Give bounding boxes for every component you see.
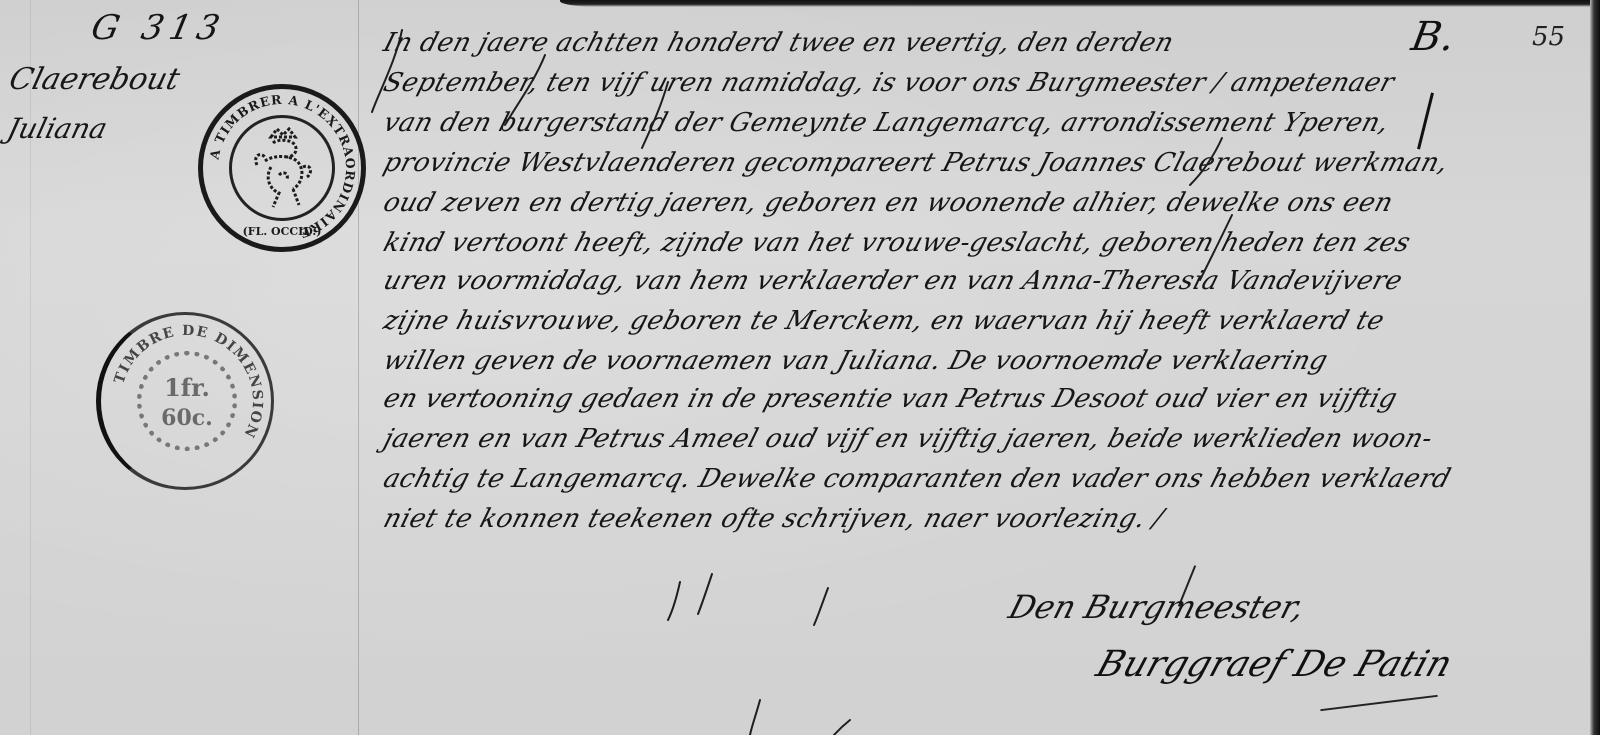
insertion-slash-mark <box>1417 92 1434 149</box>
svg-text:(FL. OCCID.): (FL. OCCID.) <box>243 225 322 238</box>
margin-given-name: Juliana <box>4 112 111 145</box>
stamp-value-francs: 1fr. <box>101 373 273 402</box>
body-line-7: uren voormiddag, van hem verklaerder en … <box>380 266 1406 296</box>
body-line-13: niet te konnen teekenen ofte schrijven, … <box>380 504 1167 534</box>
stamp-value-centimes: 60c. <box>101 405 273 431</box>
faint-rule-line <box>30 0 31 735</box>
signature-underline-flourish <box>1320 695 1437 711</box>
body-line-12: achtig te Langemarcq. Dewelke comparante… <box>380 464 1454 494</box>
scan-top-edge <box>560 0 1600 7</box>
body-line-1: In den jaere achtten honderd twee en vee… <box>380 28 1177 58</box>
dimension-tax-stamp: TIMBRE DE DIMENSION 1fr. 60c. <box>96 312 274 490</box>
body-line-11: jaeren en van Petrus Ameel oud vijf en v… <box>380 424 1436 454</box>
scan-binding-edge <box>1590 0 1600 735</box>
crowned-lion-icon <box>247 127 319 211</box>
body-line-4: provincie Westvlaenderen gecompareert Pe… <box>380 148 1452 178</box>
extraordinaire-tax-stamp: A TIMBRER A L'EXTRAORDINAIRE (FL. OCCID.… <box>198 84 366 252</box>
folio-number: 55 <box>1532 22 1565 52</box>
record-code-mark: B. <box>1408 14 1458 60</box>
body-line-9: willen geven de voornaemen van Juliana. … <box>380 346 1331 376</box>
margin-record-number: G 313 <box>88 8 229 48</box>
body-line-10: en vertooning gedaen in de presentie van… <box>380 384 1401 414</box>
body-line-5: oud zeven en dertig jaeren, geboren en w… <box>380 188 1397 218</box>
body-line-6: kind vertoont heeft, zijnde van het vrou… <box>380 228 1414 258</box>
signature-title: Den Burgmeester, <box>1005 588 1310 626</box>
mayor-signature: Burggraef De Patin <box>1091 644 1457 685</box>
body-line-8: zijne huisvrouwe, geboren te Merckem, en… <box>380 306 1388 336</box>
body-line-3: van den burgerstand der Gemeynte Langema… <box>380 108 1392 138</box>
body-line-2: September, ten vijf uren namiddag, is vo… <box>380 68 1398 98</box>
margin-surname: Claerebout <box>6 62 184 97</box>
scanned-register-page: G 313 Claerebout Juliana A TIMBRER A L'E… <box>0 0 1600 735</box>
